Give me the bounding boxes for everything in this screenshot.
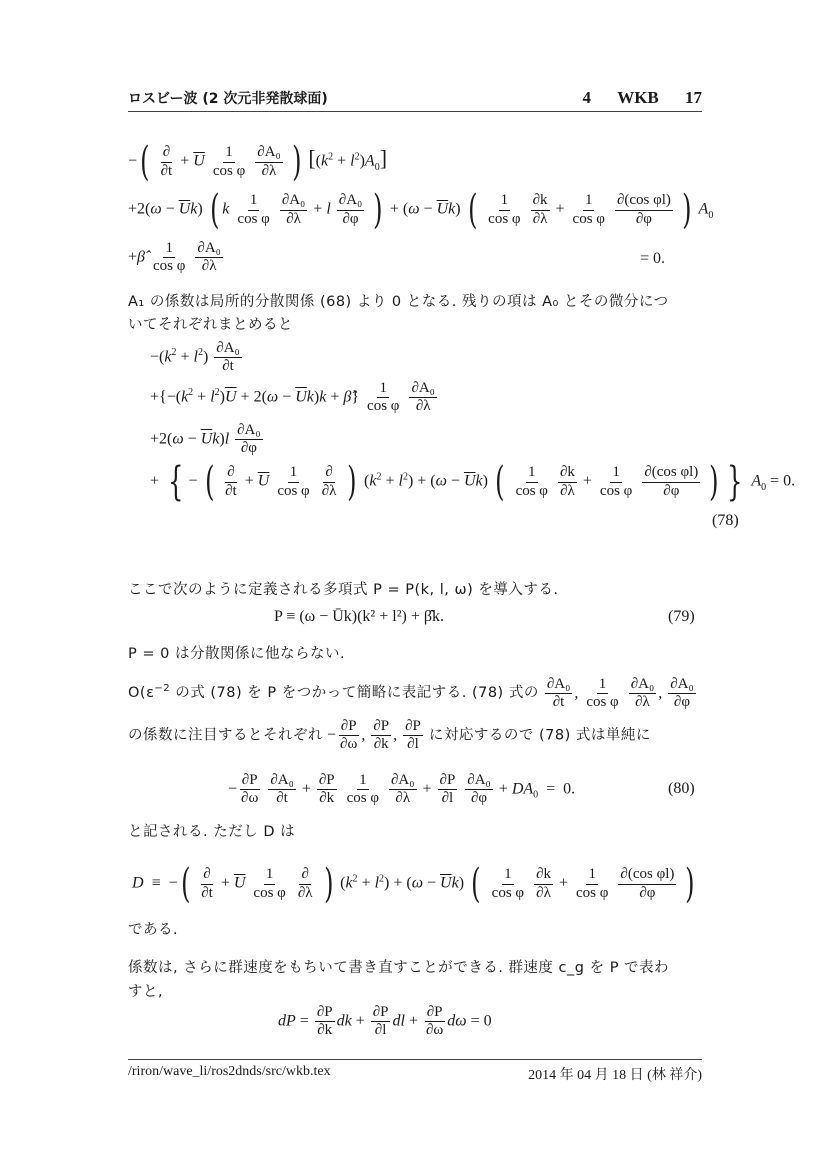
running-header: ロスビー波 (2 次元非発散球面) 4 WKB 17 xyxy=(128,88,702,110)
paragraph-3: P = 0 は分散関係に他ならない. xyxy=(128,642,345,663)
fraction: ∂A₀∂λ xyxy=(629,676,656,712)
footer: /riron/wave_li/ros2dnds/src/wkb.tex 2014… xyxy=(128,1064,702,1080)
fraction: ∂∂λ xyxy=(296,866,315,902)
eq78-line3: +2(ω − Uk)l ∂A₀∂φ xyxy=(150,422,265,458)
fraction: ∂(cos φl)∂φ xyxy=(642,464,700,500)
paragraph-6: である. xyxy=(128,918,178,939)
fraction: 1cos φ xyxy=(574,866,610,902)
fraction: 1cos φ xyxy=(365,380,401,416)
eq80-number: (80) xyxy=(668,780,695,798)
fraction: ∂P∂k xyxy=(315,1004,335,1040)
fraction: ∂A₀∂t xyxy=(214,340,241,376)
fraction: 1cos φ xyxy=(345,772,381,808)
eq78-line4: + {− ( ∂∂t + U 1cos φ ∂∂λ ) (k2 + l2) + … xyxy=(150,462,795,502)
eq79: P ≡ (ω − Ūk)(k² + l²) + β̂k. xyxy=(274,608,444,626)
fraction: ∂P∂ω xyxy=(239,772,260,808)
fraction: ∂A₀∂φ xyxy=(235,422,262,458)
fraction: ∂A₀∂λ xyxy=(389,772,416,808)
fraction: 1cos φ xyxy=(584,676,620,712)
fraction: 1cos φ xyxy=(490,866,526,902)
fraction: 1cos φ xyxy=(598,464,634,500)
fraction: ∂A₀∂λ xyxy=(409,380,436,416)
fraction: ∂(cos φl)∂φ xyxy=(615,192,673,228)
header-title: ロスビー波 (2 次元非発散球面) xyxy=(128,88,328,108)
eq79-number: (79) xyxy=(668,608,695,626)
fraction: 1cos φ xyxy=(275,464,311,500)
footer-rule xyxy=(128,1059,702,1060)
fraction: 1cos φ xyxy=(251,866,287,902)
header-rule xyxy=(128,111,702,112)
fraction: ∂A₀∂φ xyxy=(668,676,695,712)
paragraph-7-line1: 係数は, さらに群速度をもちいて書き直すことができる. 群速度 c_g を P … xyxy=(128,956,669,977)
eq78-number: (78) xyxy=(712,512,739,530)
paragraph-1-line2: いてそれぞれまとめると xyxy=(128,313,293,334)
eq-dP: dP = ∂P∂kdk + ∂P∂ldl + ∂P∂ωdω = 0 xyxy=(278,1004,492,1040)
fraction: ∂P∂ω xyxy=(424,1004,445,1040)
fraction: ∂P∂ω xyxy=(338,718,359,754)
fraction: ∂A₀∂λ xyxy=(195,240,222,276)
paragraph-7-line2: すと, xyxy=(128,980,163,1001)
fraction: ∂(cos φl)∂φ xyxy=(618,866,676,902)
fraction: ∂P∂l xyxy=(403,718,423,754)
fraction: ∂A₀∂t xyxy=(545,676,572,712)
fraction: ∂∂t xyxy=(199,866,215,902)
eq1-line3: +β̂ 1cos φ ∂A₀∂λ xyxy=(128,240,225,276)
fraction: 1cos φ xyxy=(151,240,187,276)
eq1-rhs: = 0. xyxy=(640,250,665,268)
fraction: ∂A₀∂φ xyxy=(465,772,492,808)
fraction: 1cos φ xyxy=(486,192,522,228)
fraction: 1cos φ xyxy=(235,192,271,228)
fraction: ∂∂λ xyxy=(320,464,339,500)
fraction: ∂A₀∂t xyxy=(268,772,295,808)
fraction: ∂P∂k xyxy=(317,772,337,808)
fraction: ∂∂t xyxy=(223,464,239,500)
fraction: ∂P∂k xyxy=(371,718,391,754)
eq80: −∂P∂ω ∂A₀∂t + ∂P∂k 1cos φ ∂A₀∂λ + ∂P∂l ∂… xyxy=(228,772,575,808)
fraction: 1cos φ xyxy=(571,192,607,228)
fraction: ∂A₀∂λ xyxy=(280,192,307,228)
eq1-line2: +2(ω − Uk) (k 1cos φ ∂A₀∂λ + l ∂A₀∂φ ) +… xyxy=(128,190,713,230)
header-section-number: 4 xyxy=(582,88,591,107)
fraction: ∂P∂l xyxy=(371,1004,391,1040)
fraction: 1cos φ xyxy=(514,464,550,500)
fraction: ∂k∂λ xyxy=(531,192,550,228)
header-page-number: 17 xyxy=(685,88,702,107)
eq78-line1: −(k2 + l2) ∂A₀∂t xyxy=(150,340,244,376)
paragraph-2: ここで次のように定義される多項式 P = P(k, l, ω) を導入する. xyxy=(128,578,559,599)
fraction: ∂k∂λ xyxy=(558,464,577,500)
fraction: ∂A₀∂φ xyxy=(337,192,364,228)
fraction: ∂P∂l xyxy=(438,772,458,808)
eq-D: D ≡ −( ∂∂t + U 1cos φ ∂∂λ ) (k2 + l2) + … xyxy=(132,864,698,904)
fraction: 1cos φ xyxy=(211,144,247,180)
eq1-line1: −( ∂∂t + U 1cos φ ∂A₀∂λ ) [(k2 + l2)A0] xyxy=(128,142,387,182)
footer-path: /riron/wave_li/ros2dnds/src/wkb.tex xyxy=(128,1064,331,1079)
paragraph-5: と記される. ただし D は xyxy=(128,820,295,841)
footer-date: 2014 年 04 月 18 日 (林 祥介) xyxy=(528,1064,702,1084)
fraction: ∂∂t xyxy=(159,144,175,180)
paragraph-4-line1: O(ε−2 の式 (78) を P をつかって簡略に表記する. (78) 式の … xyxy=(128,676,698,712)
paragraph-1-line1: A₁ の係数は局所的分散関係 (68) より 0 となる. 残りの項は A₀ と… xyxy=(128,290,669,311)
fraction: ∂A₀∂λ xyxy=(255,144,282,180)
eq78-line2: +{−(k2 + l2)U + 2(ω − Uk)k + β̂} 1cos φ … xyxy=(150,380,439,416)
fraction: ∂k∂λ xyxy=(534,866,553,902)
paragraph-4-line2: の係数に注目するとそれぞれ −∂P∂ω, ∂P∂k, ∂P∂l に対応するので … xyxy=(128,718,651,754)
header-section-name: WKB xyxy=(617,88,659,107)
header-section: 4 WKB 17 xyxy=(560,88,702,108)
